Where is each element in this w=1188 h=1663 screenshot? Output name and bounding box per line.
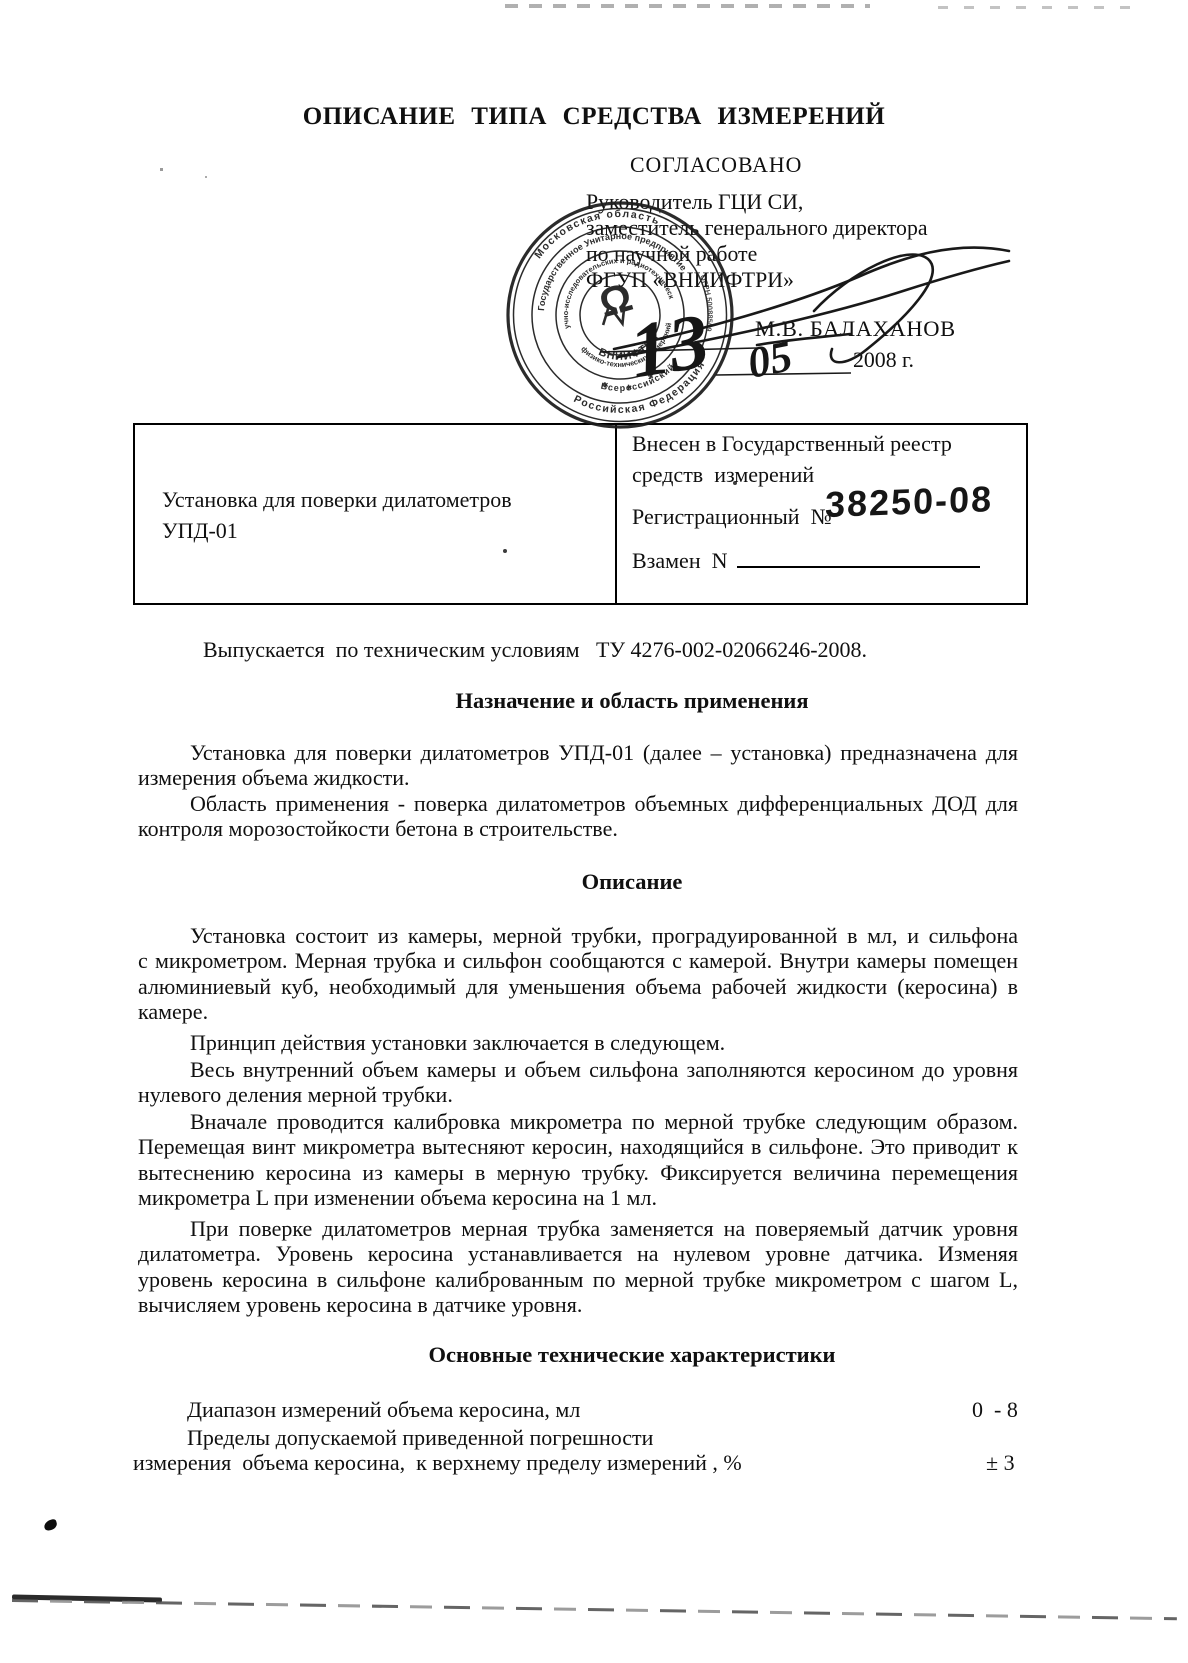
spec-label-error-line2: измерения объема керосина, к верхнему пр… [133,1450,742,1476]
registry-table: Установка для поверки дилатометров УПД-0… [133,423,1028,605]
stamp-country-text: Российская Федерация [569,356,716,431]
section-title-specs: Основные технические характеристики [52,1342,1188,1368]
section-title-purpose: Назначение и область применения [52,688,1188,714]
replaces-field: Взамен N [632,545,980,574]
technical-conditions-line: Выпускается по техническим условиям ТУ 4… [203,637,867,663]
scan-artifact-bottom-line [12,1599,1177,1620]
approval-date-year: 2008 г. [853,348,914,373]
handwritten-registration-number: 38250-08 [825,478,994,526]
scan-speck [160,168,163,171]
agreed-label: СОГЛАСОВАНО [630,152,928,178]
scan-speck [205,176,207,178]
paragraph: Установка для поверки дилатометров УПД-0… [138,740,1018,791]
document-title: ОПИСАНИЕ ТИПА СРЕДСТВА ИЗМЕРЕНИЙ [0,103,1188,131]
scan-artifact-top-dashes [505,4,870,8]
document-page: ОПИСАНИЕ ТИПА СРЕДСТВА ИЗМЕРЕНИЙ СОГЛАСО… [0,0,1188,1663]
spec-value-range: 0 - 8 [972,1397,1018,1423]
instrument-name-line1: Установка для поверки дилатометров [162,484,597,515]
registry-info-cell: Внесен в Государственный реестр средств … [617,425,1026,603]
spec-value-error: ± 3 [986,1450,1015,1476]
svg-text:Российская Федерация: Российская Федерация [569,356,716,431]
spec-label-range: Диапазон измерений объема керосина, мл [187,1397,580,1423]
instrument-name-line2: УПД-01 [162,515,597,546]
instrument-name-cell: Установка для поверки дилатометров УПД-0… [135,425,615,546]
vniiftri-omega-logo-icon: Ω [594,275,637,326]
stamp-ogrn-text: ОГРН 50088509 [689,273,723,334]
paragraph: Установка состоит из камеры, мерной труб… [138,923,1018,1025]
section-title-description: Описание [52,869,1188,895]
paragraph: Принцип действия установки заключается в… [138,1030,1018,1055]
paragraph: Вначале проводится калибровка микрометра… [138,1109,1018,1211]
replaces-label: Взамен N [632,548,727,573]
paragraph: При поверке дилатометров мерная трубка з… [138,1216,1018,1318]
registration-number-label: Регистрационный № [632,504,832,530]
registry-entry-line2: средств измерений [632,462,814,488]
scan-artifact-top-dashes-right [938,6,1138,9]
approver-name: М.В. БАЛАХАНОВ [755,316,956,342]
paragraph: Область применения - поверка дилатометро… [138,791,1018,842]
svg-text:ОГРН 50088509: ОГРН 50088509 [689,273,723,334]
paragraph: Весь внутренний объем камеры и объем сил… [138,1057,1018,1108]
replaces-blank-line [737,545,980,568]
scan-ink-mark [43,1518,58,1531]
spec-label-error-line1: Пределы допускаемой приведенной погрешно… [187,1425,653,1451]
official-round-stamp: Московская область Российская Федерация … [500,195,740,435]
